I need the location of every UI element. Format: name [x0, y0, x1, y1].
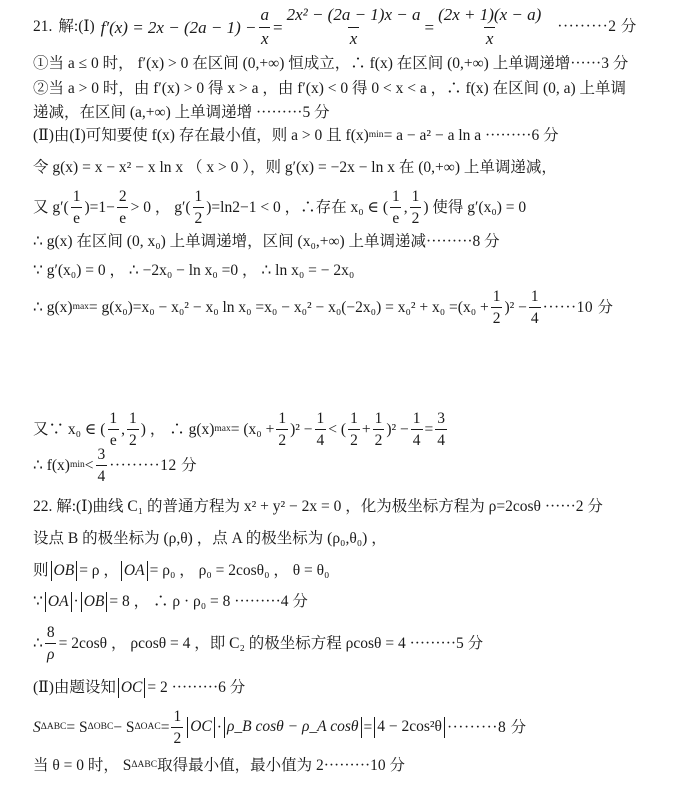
abs-value: ρ_B cosθ − ρ_A cosθ: [224, 717, 362, 737]
fraction: 12: [193, 188, 205, 227]
fraction: 2e: [117, 188, 129, 227]
abs-value: OC: [118, 678, 146, 698]
part-label: (Ⅰ): [78, 19, 94, 35]
fraction: 12: [410, 188, 422, 227]
score-marker: ·········2 分: [557, 19, 637, 35]
equation-lhs: f′(x) = 2x − (2a − 1) −: [101, 19, 257, 36]
abs-value: OB: [51, 561, 78, 581]
score-marker: ·········12 分: [109, 458, 197, 474]
fraction: 1e: [390, 188, 402, 227]
p21-gmax-line: ∴ g(x)max = g(x₀)=x₀ − x₀² − x₀ ln x₀ =x…: [33, 288, 614, 327]
p21-case2-line2: 递减，在区间 (a,+∞) 上单调递增 ·········5 分: [33, 105, 330, 121]
abs-value: OB: [81, 592, 108, 612]
fraction: 14: [529, 288, 541, 327]
fraction: 14: [411, 410, 423, 449]
p21-range-line: 又∵ x₀ ∈ ( 1e , 12 ) ， ∴ g(x)max = (x₀ + …: [33, 410, 449, 449]
p22-line5: ∴ 8ρ = 2cosθ ， ρcosθ = 4 ，即 C₂ 的极坐标方程 ρc…: [33, 624, 483, 663]
fraction: 1e: [107, 410, 119, 449]
abs-value: OC: [187, 717, 215, 737]
fraction: 12: [348, 410, 360, 449]
p21-case2-line1: ②当 a > 0 时，由 f′(x) > 0 得 x > a ，由 f′(x) …: [33, 81, 626, 97]
p22-line7: SΔABC = SΔOBC − SΔOAC = 12 OC · ρ_B cosθ…: [33, 708, 527, 747]
fraction: (2x + 1)(x − a)x: [436, 6, 543, 48]
p22-line6: (Ⅱ)由题设知 OC = 2 ·········6 分: [33, 678, 245, 698]
p22-line4: ∵ OA · OB = 8 ， ∴ ρ · ρ₀ = 8 ·········4 …: [33, 592, 308, 612]
p21-derivative-line: 21. 解: (Ⅰ) f′(x) = 2x − (2a − 1) − ax = …: [33, 6, 637, 48]
p22-line2: 设点 B 的极坐标为 (ρ,θ) ，点 A 的极坐标为 (ρ₀,θ₀) ，: [33, 531, 387, 547]
p21-let-line: 令 g(x) = x − x² − x ln x （ x > 0 ），则 g′(…: [33, 160, 557, 176]
fraction: 34: [435, 410, 447, 449]
problem-number: 21.: [33, 19, 52, 35]
p21-monotonic-line: ∴ g(x) 在区间 (0, x₀) 上单调递增，区间 (x₀,+∞) 上单调递…: [33, 234, 500, 250]
p21-case1-line: ①当 a ≤ 0 时， f′(x) > 0 在区间 (0,+∞) 恒成立，∴ f…: [33, 56, 628, 72]
fraction: 8ρ: [45, 624, 57, 663]
fraction: 34: [96, 446, 108, 485]
fraction: ax: [258, 6, 271, 48]
p22-line1: 22. 解:(Ⅰ)曲线 C₁ 的普通方程为 x² + y² − 2x = 0 ，…: [33, 499, 603, 515]
fraction: 12: [276, 410, 288, 449]
p21-because-line: ∵ g′(x₀) = 0 ， ∴ −2x₀ − ln x₀ =0 ， ∴ ln …: [33, 263, 354, 279]
p21-part2-line: (Ⅱ)由(Ⅰ)可知要使 f(x) 存在最小值，则 a > 0 且 f(x)min…: [33, 128, 559, 144]
score-marker: ·········8 分: [447, 720, 527, 736]
fraction: 1e: [71, 188, 83, 227]
score-marker: ······10 分: [543, 300, 614, 316]
fraction: 14: [315, 410, 327, 449]
fraction: 12: [171, 708, 183, 747]
fraction: 12: [127, 410, 139, 449]
fraction: 12: [373, 410, 385, 449]
fraction: 12: [491, 288, 503, 327]
abs-value: OA: [45, 592, 72, 612]
p22-line8: 当 θ = 0 时， SΔABC 取得最小值，最小值为 2·········10…: [33, 758, 405, 774]
solve-label: 解:: [58, 19, 78, 35]
p21-also-line: 又 g′( 1e )=1− 2e > 0 ， g′( 12 )=ln2−1 < …: [33, 188, 526, 227]
fraction: 2x² − (2a − 1)x − ax: [285, 6, 423, 48]
p22-line3: 则 OB = ρ ， OA = ρ₀ ， ρ₀ = 2cosθ₀ ， θ = θ…: [33, 561, 329, 581]
abs-value: 4 − 2cos²θ: [374, 717, 445, 737]
abs-value: OA: [121, 561, 148, 581]
p21-conclusion-line: ∴ f(x)min < 34 ·········12 分: [33, 446, 197, 485]
